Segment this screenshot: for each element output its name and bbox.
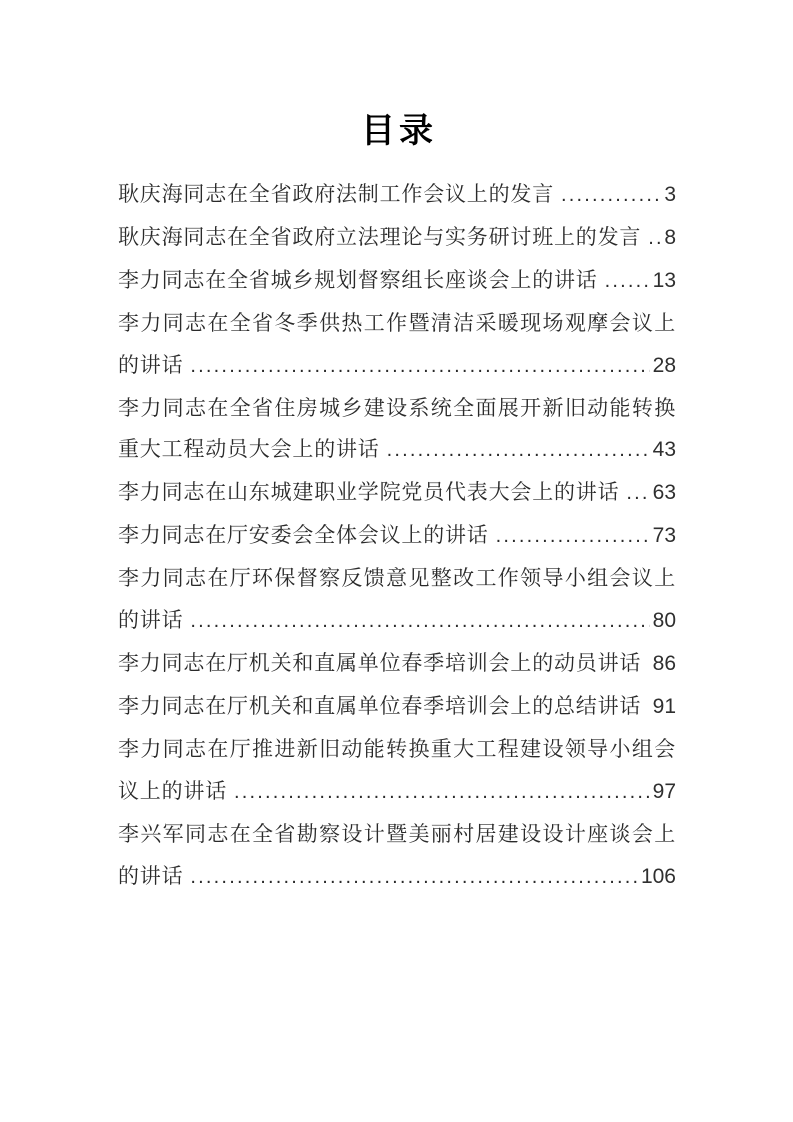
page-title: 目录 (118, 109, 676, 155)
toc-entry[interactable]: 李力同志在厅机关和直属单位春季培训会上的总结讲话 ...............… (118, 686, 676, 729)
toc-entry-line: 议上的讲话 ..................................… (118, 771, 676, 814)
toc-entry-line: 李力同志在全省住房城乡建设系统全面展开新旧动能转换 (118, 388, 676, 430)
dot-leader: ........................................… (234, 772, 650, 814)
toc-entry-text: 的讲话 (118, 856, 183, 898)
dot-leader: ........................................… (387, 430, 650, 472)
toc-entry-text: 李兴军同志在全省勘察设计暨美丽村居建设设计座谈会上 (118, 822, 676, 846)
document-page: 目录 耿庆海同志在全省政府法制工作会议上的发言 ................… (0, 0, 793, 1122)
toc-entry-line: 李力同志在全省冬季供热工作暨清洁采暖现场观摩会议上 (118, 303, 676, 345)
toc-entry-text: 李力同志在山东城建职业学院党员代表大会上的讲话 (118, 472, 619, 514)
toc-entry-line: 李力同志在全省城乡规划督察组长座谈会上的讲话 .................… (118, 260, 676, 303)
page-number: 73 (653, 515, 676, 557)
dot-leader: ........................................… (496, 516, 650, 558)
dot-leader: ........................................… (648, 644, 649, 686)
toc-entry[interactable]: 耿庆海同志在全省政府法制工作会议上的发言 ...................… (118, 174, 676, 217)
toc-entry-line: 李兴军同志在全省勘察设计暨美丽村居建设设计座谈会上 (118, 814, 676, 856)
dot-leader: ........................................… (648, 218, 661, 260)
toc-entry-line: 李力同志在厅机关和直属单位春季培训会上的动员讲话 ...............… (118, 643, 676, 686)
toc-entry[interactable]: 李力同志在厅机关和直属单位春季培训会上的动员讲话 ...............… (118, 643, 676, 686)
toc-entry-text: 李力同志在厅机关和直属单位春季培训会上的动员讲话 (118, 643, 641, 685)
toc-entry-text: 李力同志在厅推进新旧动能转换重大工程建设领导小组会 (118, 737, 676, 761)
toc-entry-text: 的讲话 (118, 345, 183, 387)
page-number: 80 (653, 600, 676, 642)
toc-entry-text: 重大工程动员大会上的讲话 (118, 429, 380, 471)
toc-entry-text: 耿庆海同志在全省政府立法理论与实务研讨班上的发言 (118, 217, 641, 259)
dot-leader: ........................................… (561, 175, 661, 217)
toc-entry-text: 李力同志在厅安委会全体会议上的讲话 (118, 515, 489, 557)
toc-entry-text: 李力同志在全省城乡规划督察组长座谈会上的讲话 (118, 260, 598, 302)
toc-entry-line: 李力同志在厅安委会全体会议上的讲话 ......................… (118, 515, 676, 558)
toc-entry-line: 耿庆海同志在全省政府立法理论与实务研讨班上的发言 ...............… (118, 217, 676, 260)
toc-entry-line: 的讲话 ....................................… (118, 345, 676, 388)
toc-entry-line: 重大工程动员大会上的讲话 ...........................… (118, 429, 676, 472)
dot-leader: ........................................… (190, 346, 649, 388)
page-number: 97 (653, 771, 676, 813)
dot-leader: ........................................… (648, 687, 649, 729)
dot-leader: ........................................… (190, 601, 649, 643)
toc-entry[interactable]: 李力同志在全省住房城乡建设系统全面展开新旧动能转换 重大工程动员大会上的讲话 .… (118, 388, 676, 473)
toc-entry-text: 李力同志在厅环保督察反馈意见整改工作领导小组会议上 (118, 566, 676, 590)
page-number: 91 (653, 686, 676, 728)
toc-entry-line: 李力同志在厅环保督察反馈意见整改工作领导小组会议上 (118, 558, 676, 600)
toc-entry[interactable]: 李力同志在厅环保督察反馈意见整改工作领导小组会议上 的讲话 ..........… (118, 558, 676, 643)
toc-entry[interactable]: 李力同志在厅安委会全体会议上的讲话 ......................… (118, 515, 676, 558)
toc-entry[interactable]: 李力同志在山东城建职业学院党员代表大会上的讲话 ................… (118, 472, 676, 515)
dot-leader: ........................................… (605, 261, 650, 303)
toc-list: 耿庆海同志在全省政府法制工作会议上的发言 ...................… (118, 174, 676, 898)
toc-entry-text: 李力同志在全省冬季供热工作暨清洁采暖现场观摩会议上 (118, 311, 676, 335)
toc-entry[interactable]: 李力同志在厅推进新旧动能转换重大工程建设领导小组会 议上的讲话 ........… (118, 729, 676, 814)
toc-entry-line: 李力同志在厅机关和直属单位春季培训会上的总结讲话 ...............… (118, 686, 676, 729)
page-number: 13 (653, 260, 676, 302)
dot-leader: ........................................… (190, 857, 638, 899)
toc-entry-line: 耿庆海同志在全省政府法制工作会议上的发言 ...................… (118, 174, 676, 217)
toc-entry-line: 的讲话 ....................................… (118, 856, 676, 899)
toc-entry[interactable]: 李力同志在全省城乡规划督察组长座谈会上的讲话 .................… (118, 260, 676, 303)
toc-entry-line: 李力同志在山东城建职业学院党员代表大会上的讲话 ................… (118, 472, 676, 515)
toc-entry[interactable]: 耿庆海同志在全省政府立法理论与实务研讨班上的发言 ...............… (118, 217, 676, 260)
page-number: 63 (653, 472, 676, 514)
toc-entry[interactable]: 李力同志在全省冬季供热工作暨清洁采暖现场观摩会议上 的讲话 ..........… (118, 303, 676, 388)
toc-entry-line: 李力同志在厅推进新旧动能转换重大工程建设领导小组会 (118, 729, 676, 771)
toc-entry-line: 的讲话 ....................................… (118, 600, 676, 643)
toc-entry-text: 李力同志在全省住房城乡建设系统全面展开新旧动能转换 (118, 396, 676, 420)
page-number: 8 (664, 217, 676, 259)
toc-entry-text: 李力同志在厅机关和直属单位春季培训会上的总结讲话 (118, 686, 641, 728)
toc-entry[interactable]: 李兴军同志在全省勘察设计暨美丽村居建设设计座谈会上 的讲话 ..........… (118, 814, 676, 899)
toc-entry-text: 耿庆海同志在全省政府法制工作会议上的发言 (118, 174, 554, 216)
page-number: 28 (653, 345, 676, 387)
page-number: 43 (653, 429, 676, 471)
toc-entry-text: 的讲话 (118, 600, 183, 642)
page-number: 3 (664, 174, 676, 216)
toc-entry-text: 议上的讲话 (118, 771, 227, 813)
page-number: 86 (653, 643, 676, 685)
dot-leader: ........................................… (626, 473, 649, 515)
page-number: 106 (641, 856, 676, 898)
